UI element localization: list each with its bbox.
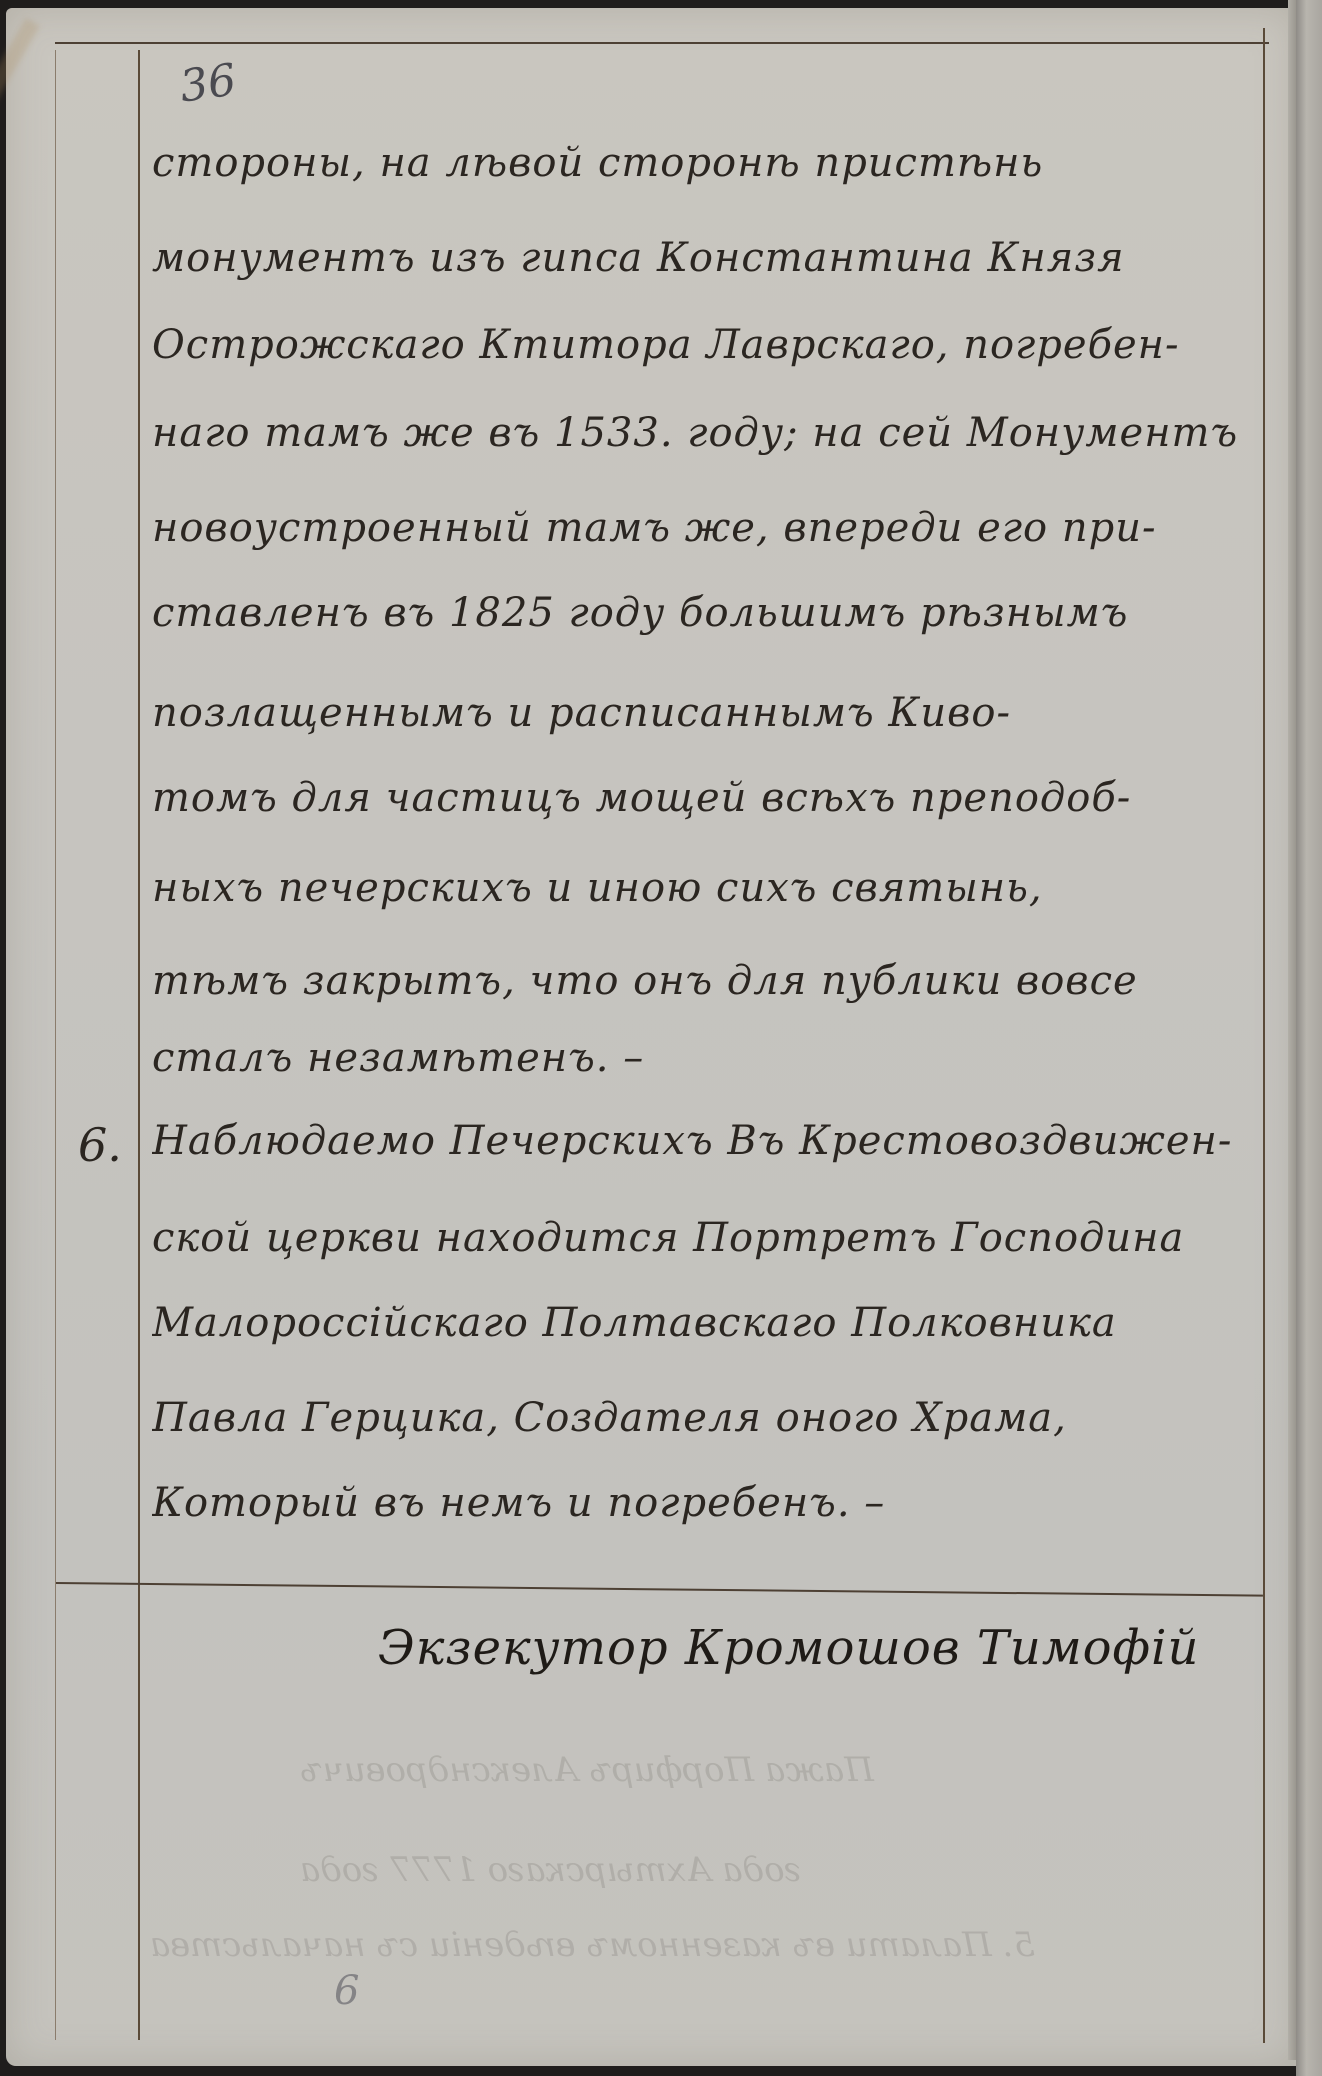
- signature: Экзекутор Кромошов Тимофій: [378, 1620, 1199, 1676]
- margin-pencil-mark: 6: [334, 1968, 359, 2014]
- inner-margin-rule: [138, 50, 140, 2040]
- item-line: Павла Герцика, Создателя оного Храма,: [152, 1395, 1262, 1441]
- binding-fold: [1296, 0, 1322, 2076]
- body-line: ныхъ печерскихъ и иною сихъ святынь,: [152, 865, 1262, 911]
- item-number: 6.: [78, 1118, 122, 1172]
- item-line: ской церкви находится Портретъ Господина: [152, 1215, 1262, 1261]
- page-number: 36: [177, 54, 240, 112]
- right-margin-rule: [1263, 28, 1265, 2043]
- body-line: монументъ изъ гипса Константина Князя: [152, 235, 1262, 281]
- item-line: Малороссійскаго Полтавскаго Полковника: [152, 1300, 1262, 1346]
- bleed-through-text: года Ахтырскаго 1777 года: [300, 1850, 802, 1890]
- body-line: новоустроенный тамъ же, впереди его при-: [152, 505, 1262, 551]
- body-line: Острожскаго Ктитора Лаврскаго, погребен-: [152, 322, 1262, 368]
- page-fold-edge: [1288, 0, 1296, 2060]
- top-rule: [55, 42, 1269, 44]
- outer-margin-rule: [55, 50, 56, 2040]
- body-line: сталъ незамѣтенъ. –: [152, 1035, 1262, 1081]
- item-line: Который въ немъ и погребенъ. –: [152, 1480, 1262, 1526]
- item-line: Наблюдаемо Печерскихъ Въ Крестовоздвижен…: [152, 1118, 1262, 1164]
- body-line: стороны, на лѣвой сторонѣ пристѣнь: [152, 140, 1262, 186]
- body-line: тѣмъ закрытъ, что онъ для публики вовсе: [152, 958, 1262, 1004]
- bleed-through-text: 5. Палати въ казенномъ вѣденіи съ началь…: [150, 1925, 1035, 1965]
- body-line: томъ для частицъ мощей всѣхъ преподоб-: [152, 775, 1262, 821]
- bleed-through-text: Пажа Порфиръ Алексндровичъ: [300, 1750, 874, 1790]
- body-line: позлащеннымъ и расписаннымъ Киво-: [152, 690, 1262, 736]
- paper-stain: [0, 18, 40, 390]
- body-line: наго тамъ же въ 1533. году; на сей Монум…: [152, 410, 1262, 456]
- body-line: ставленъ въ 1825 году большимъ рѣзнымъ: [152, 590, 1262, 636]
